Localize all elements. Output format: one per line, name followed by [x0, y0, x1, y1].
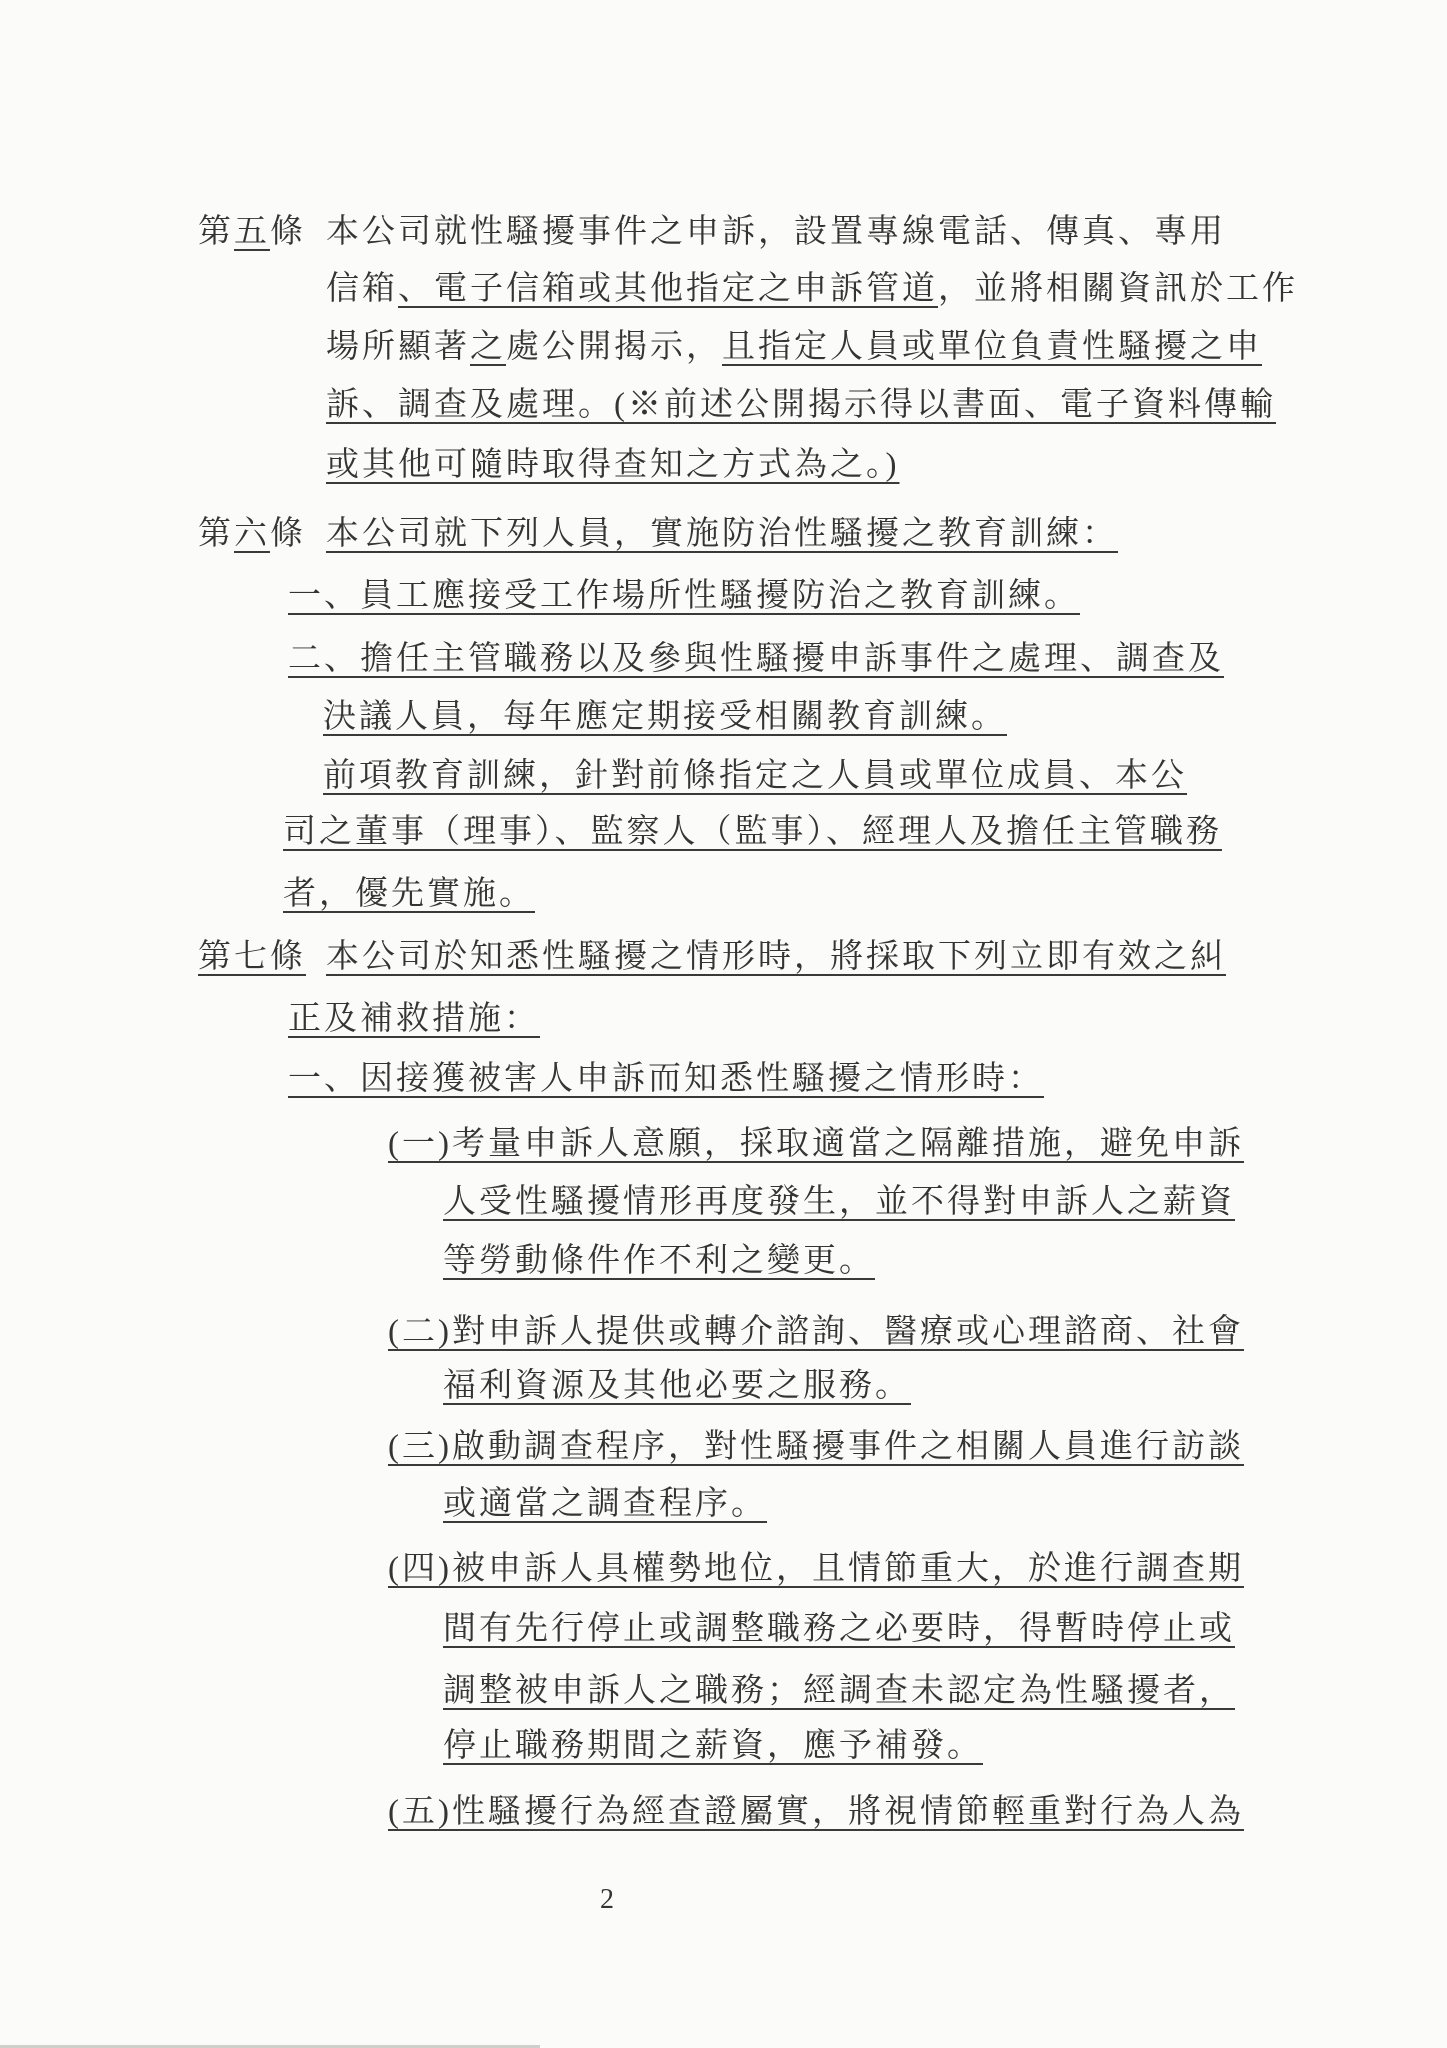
- text: 場所顯著: [326, 329, 470, 365]
- underlined-text: (三)啟動調查程序，對性騷擾事件之相關人員進行訪談: [388, 1429, 1244, 1465]
- page-number: 2: [600, 1886, 614, 1914]
- article-7-item-1: 一、因接獲被害人申訴而知悉性騷擾之情形時：: [288, 1063, 1044, 1096]
- underlined-text: 決議人員，每年應定期接受相關教育訓練。: [323, 699, 1007, 735]
- article-7-item-1-sub-3-line-2: 或適當之調查程序。: [443, 1488, 767, 1521]
- underlined-text: 或適當之調查程序。: [443, 1486, 767, 1522]
- article-7-item-1-sub-4-line-2: 間有先行停止或調整職務之必要時，得暫時停止或: [443, 1613, 1235, 1646]
- underlined-text: 本公司就下列人員，實施防治性騷擾之教育訓練：: [326, 516, 1118, 552]
- underlined-text: 司之董事（理事）、監察人（監事）、經理人及擔任主管職務: [283, 814, 1222, 850]
- article-7-item-1-sub-5-line-1: (五)性騷擾行為經查證屬實，將視情節輕重對行為人為: [388, 1796, 1244, 1829]
- article-5-line-2: 信箱、電子信箱或其他指定之申訴管道，並將相關資訊於工作: [326, 273, 1298, 306]
- article-7-item-1-sub-4-line-3: 調整被申訴人之職務；經調查未認定為性騷擾者，: [443, 1675, 1235, 1708]
- article-5-line-1: 本公司就性騷擾事件之申訴，設置專線電話、傳真、專用: [326, 216, 1226, 249]
- underlined-text: 前項教育訓練，針對前條指定之人員或單位成員、本公: [323, 758, 1187, 794]
- text: 第: [198, 214, 234, 250]
- article-5-line-3: 場所顯著之處公開揭示，且指定人員或單位負責性騷擾之申: [326, 331, 1262, 364]
- underlined-text: 等勞動條件作不利之變更。: [443, 1243, 875, 1279]
- underlined-text: 人受性騷擾情形再度發生，並不得對申訴人之薪資: [443, 1184, 1235, 1220]
- underlined-text: 間有先行停止或調整職務之必要時，得暫時停止或: [443, 1611, 1235, 1647]
- article-7-item-1-sub-4-line-4: 停止職務期間之薪資，應予補發。: [443, 1730, 983, 1763]
- underlined-text: 之: [470, 329, 506, 365]
- article-6-item-2-line-2: 決議人員，每年應定期接受相關教育訓練。: [323, 701, 1007, 734]
- text: 條: [270, 214, 306, 250]
- underlined-text: 二、擔任主管職務以及參與性騷擾申訴事件之處理、調查及: [288, 641, 1224, 677]
- article-7-item-1-sub-1-line-1: (一)考量申訴人意願，採取適當之隔離措施，避免申訴: [388, 1128, 1244, 1161]
- underlined-text: (二)對申訴人提供或轉介諮詢、醫療或心理諮商、社會: [388, 1314, 1244, 1350]
- article-7-item-1-sub-4-line-1: (四)被申訴人具權勢地位，且情節重大，於進行調查期: [388, 1553, 1244, 1586]
- text: 信箱: [326, 271, 398, 307]
- document-page: 2 第五條本公司就性騷擾事件之申訴，設置專線電話、傳真、專用信箱、電子信箱或其他…: [0, 0, 1447, 2048]
- underlined-text: 且指定人員或單位負責性騷擾之申: [722, 329, 1262, 365]
- underlined-text: 第七條: [198, 939, 306, 975]
- article-7-item-1-sub-3-line-1: (三)啟動調查程序，對性騷擾事件之相關人員進行訪談: [388, 1431, 1244, 1464]
- article-7-item-1-sub-2-line-2: 福利資源及其他必要之服務。: [443, 1370, 911, 1403]
- article-5-line-4: 訴、調查及處理。(※前述公開揭示得以書面、電子資料傳輸: [326, 389, 1276, 422]
- article-6-label: 第六條: [198, 518, 306, 551]
- underlined-text: 調整被申訴人之職務；經調查未認定為性騷擾者，: [443, 1673, 1235, 1709]
- text: 條: [270, 516, 306, 552]
- underlined-text: 六: [234, 516, 270, 552]
- article-7-item-1-sub-1-line-3: 等勞動條件作不利之變更。: [443, 1245, 875, 1278]
- underlined-text: 者，優先實施。: [283, 876, 535, 912]
- underlined-text: 或其他可隨時取得查知之方式為之。): [326, 447, 900, 483]
- article-5-label: 第五條: [198, 216, 306, 249]
- underlined-text: 五: [234, 214, 270, 250]
- text: 第: [198, 516, 234, 552]
- article-6-line-1: 本公司就下列人員，實施防治性騷擾之教育訓練：: [326, 518, 1118, 551]
- underlined-text: (一)考量申訴人意願，採取適當之隔離措施，避免申訴: [388, 1126, 1244, 1162]
- article-6-item-1: 一、員工應接受工作場所性騷擾防治之教育訓練。: [288, 580, 1080, 613]
- underlined-text: 停止職務期間之薪資，應予補發。: [443, 1728, 983, 1764]
- underlined-text: 一、因接獲被害人申訴而知悉性騷擾之情形時：: [288, 1061, 1044, 1097]
- article-7-item-1-sub-1-line-2: 人受性騷擾情形再度發生，並不得對申訴人之薪資: [443, 1186, 1235, 1219]
- underlined-text: 訴、調查及處理。(※前述公開揭示得以書面、電子資料傳輸: [326, 387, 1276, 423]
- article-7-item-1-sub-2-line-1: (二)對申訴人提供或轉介諮詢、醫療或心理諮商、社會: [388, 1316, 1244, 1349]
- underlined-text: 福利資源及其他必要之服務。: [443, 1368, 911, 1404]
- article-5-line-5: 或其他可隨時取得查知之方式為之。): [326, 449, 900, 482]
- article-7-line-1: 本公司於知悉性騷擾之情形時，將採取下列立即有效之糾: [326, 941, 1226, 974]
- text: 本公司就性騷擾事件之申訴，設置專線電話、傳真、專用: [326, 214, 1226, 250]
- text: 處公開揭示，: [506, 329, 722, 365]
- underlined-text: 、電子信箱或其他指定之申訴管道: [398, 271, 938, 307]
- article-7-label: 第七條: [198, 941, 306, 974]
- underlined-text: (四)被申訴人具權勢地位，且情節重大，於進行調查期: [388, 1551, 1244, 1587]
- article-6-item-2-line-1: 二、擔任主管職務以及參與性騷擾申訴事件之處理、調查及: [288, 643, 1224, 676]
- article-6-para-line-3: 者，優先實施。: [283, 878, 535, 911]
- underlined-text: 一、員工應接受工作場所性騷擾防治之教育訓練。: [288, 578, 1080, 614]
- article-7-line-2: 正及補救措施：: [288, 1003, 540, 1036]
- article-6-para-line-2: 司之董事（理事）、監察人（監事）、經理人及擔任主管職務: [283, 816, 1222, 849]
- underlined-text: 正及補救措施：: [288, 1001, 540, 1037]
- article-6-para-line-1: 前項教育訓練，針對前條指定之人員或單位成員、本公: [323, 760, 1187, 793]
- text: ，並將相關資訊於工作: [938, 271, 1298, 307]
- underlined-text: (五)性騷擾行為經查證屬實，將視情節輕重對行為人為: [388, 1794, 1244, 1830]
- underlined-text: 本公司於知悉性騷擾之情形時，將採取下列立即有效之糾: [326, 939, 1226, 975]
